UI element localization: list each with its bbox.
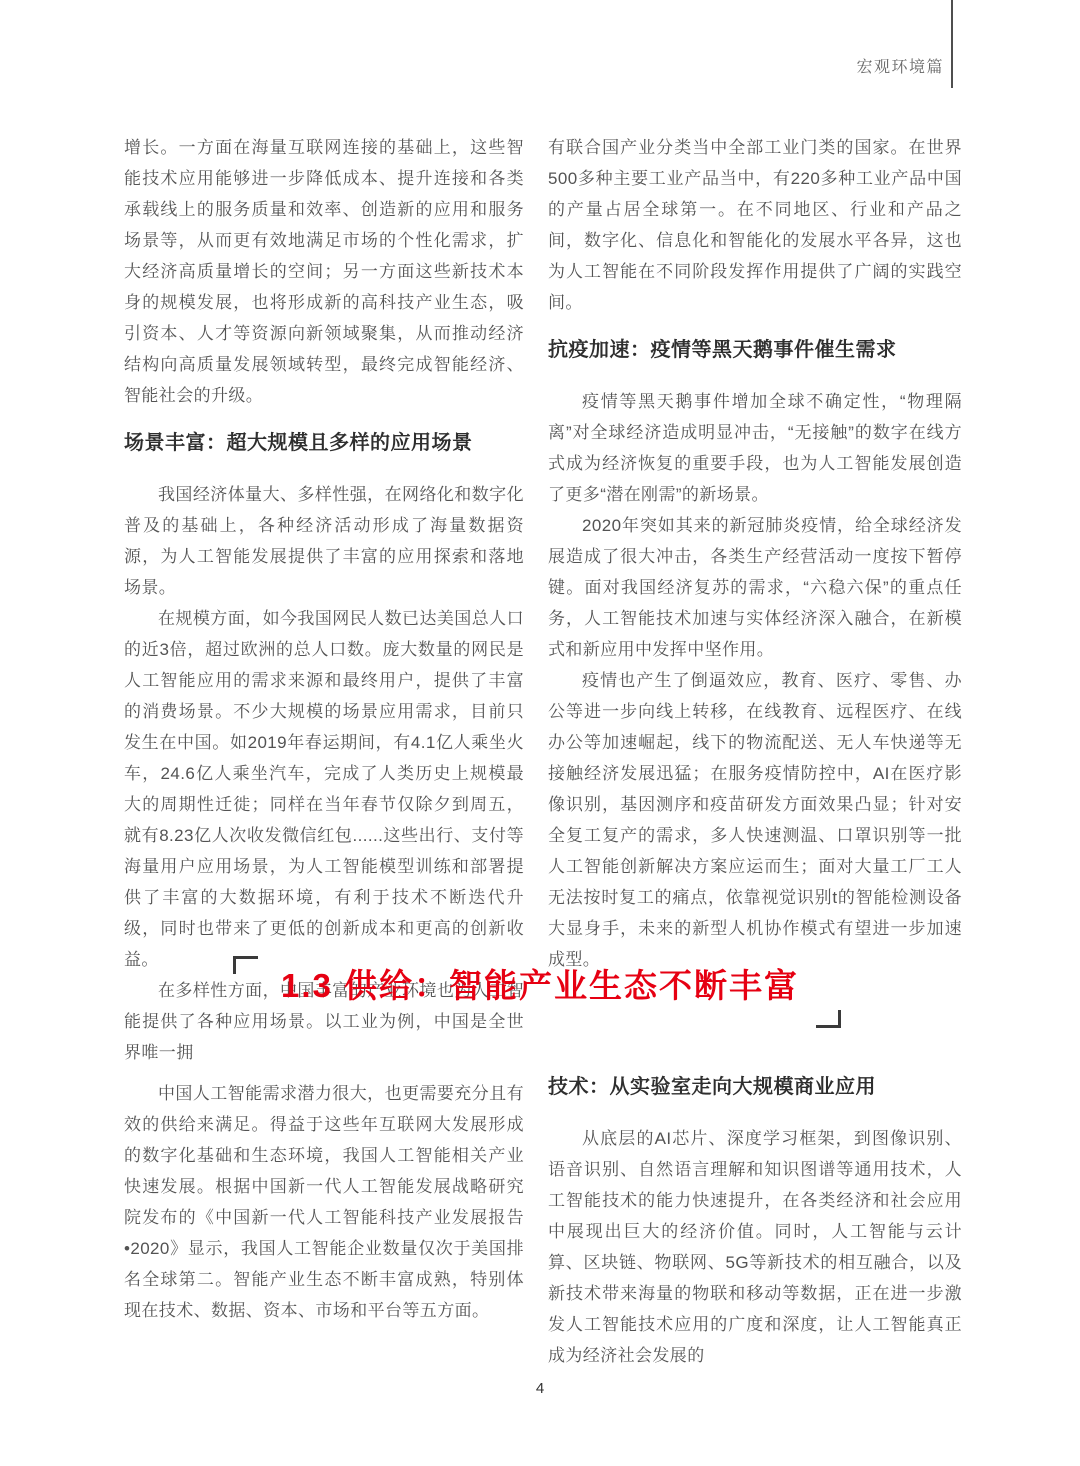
paragraph: 中国人工智能需求潜力很大，也更需要充分且有效的供给来满足。得益于这些年互联网大发… [124, 1078, 524, 1326]
paragraph: 疫情等黑天鹅事件增加全球不确定性，“物理隔离”对全球经济造成明显冲击，“无接触”… [548, 386, 962, 510]
page-number: 4 [0, 1380, 1080, 1397]
column-top-right: 有联合国产业分类当中全部工业门类的国家。在世界500多种主要工业产品当中，有22… [548, 132, 962, 975]
section-title: 1.3 供给：智能产业生态不断丰富 [275, 962, 805, 1010]
paragraph: 有联合国产业分类当中全部工业门类的国家。在世界500多种主要工业产品当中，有22… [548, 132, 962, 318]
column-top-left: 增长。一方面在海量互联网连接的基础上，这些智能技术应用能够进一步降低成本、提升连… [124, 132, 524, 1068]
paragraph: 疫情也产生了倒逼效应，教育、医疗、零售、办公等进一步向线上转移，在线教育、远程医… [548, 665, 962, 975]
paragraph: 从底层的AI芯片、深度学习框架，到图像识别、语音识别、自然语言理解和知识图谱等通… [548, 1123, 962, 1371]
paragraph: 在规模方面，如今我国网民人数已达美国总人口的近3倍，超过欧洲的总人口数。庞大数量… [124, 603, 524, 975]
paragraph: 2020年突如其来的新冠肺炎疫情，给全球经济发展造成了很大冲击，各类生产经营活动… [548, 510, 962, 665]
section-title-block: 1.3 供给：智能产业生态不断丰富 [0, 962, 1080, 1010]
corner-bracket-bottom-right-icon [816, 1010, 841, 1028]
column-bottom-right: 技术：从实验室走向大规模商业应用 从底层的AI芯片、深度学习框架，到图像识别、语… [548, 1072, 962, 1371]
subsection-heading: 场景丰富：超大规模且多样的应用场景 [124, 428, 524, 458]
column-bottom-left: 中国人工智能需求潜力很大，也更需要充分且有效的供给来满足。得益于这些年互联网大发… [124, 1078, 524, 1326]
subsection-heading: 抗疫加速：疫情等黑天鹅事件催生需求 [548, 335, 962, 365]
subsection-heading: 技术：从实验室走向大规模商业应用 [548, 1072, 962, 1102]
header-divider-line [951, 0, 953, 88]
corner-bracket-top-left-icon [233, 956, 258, 974]
report-page: 宏观环境篇 增长。一方面在海量互联网连接的基础上，这些智能技术应用能够进一步降低… [0, 0, 1080, 1466]
paragraph: 我国经济体量大、多样性强，在网络化和数字化普及的基础上，各种经济活动形成了海量数… [124, 479, 524, 603]
header-chapter-label: 宏观环境篇 [0, 54, 944, 77]
paragraph: 增长。一方面在海量互联网连接的基础上，这些智能技术应用能够进一步降低成本、提升连… [124, 132, 524, 411]
